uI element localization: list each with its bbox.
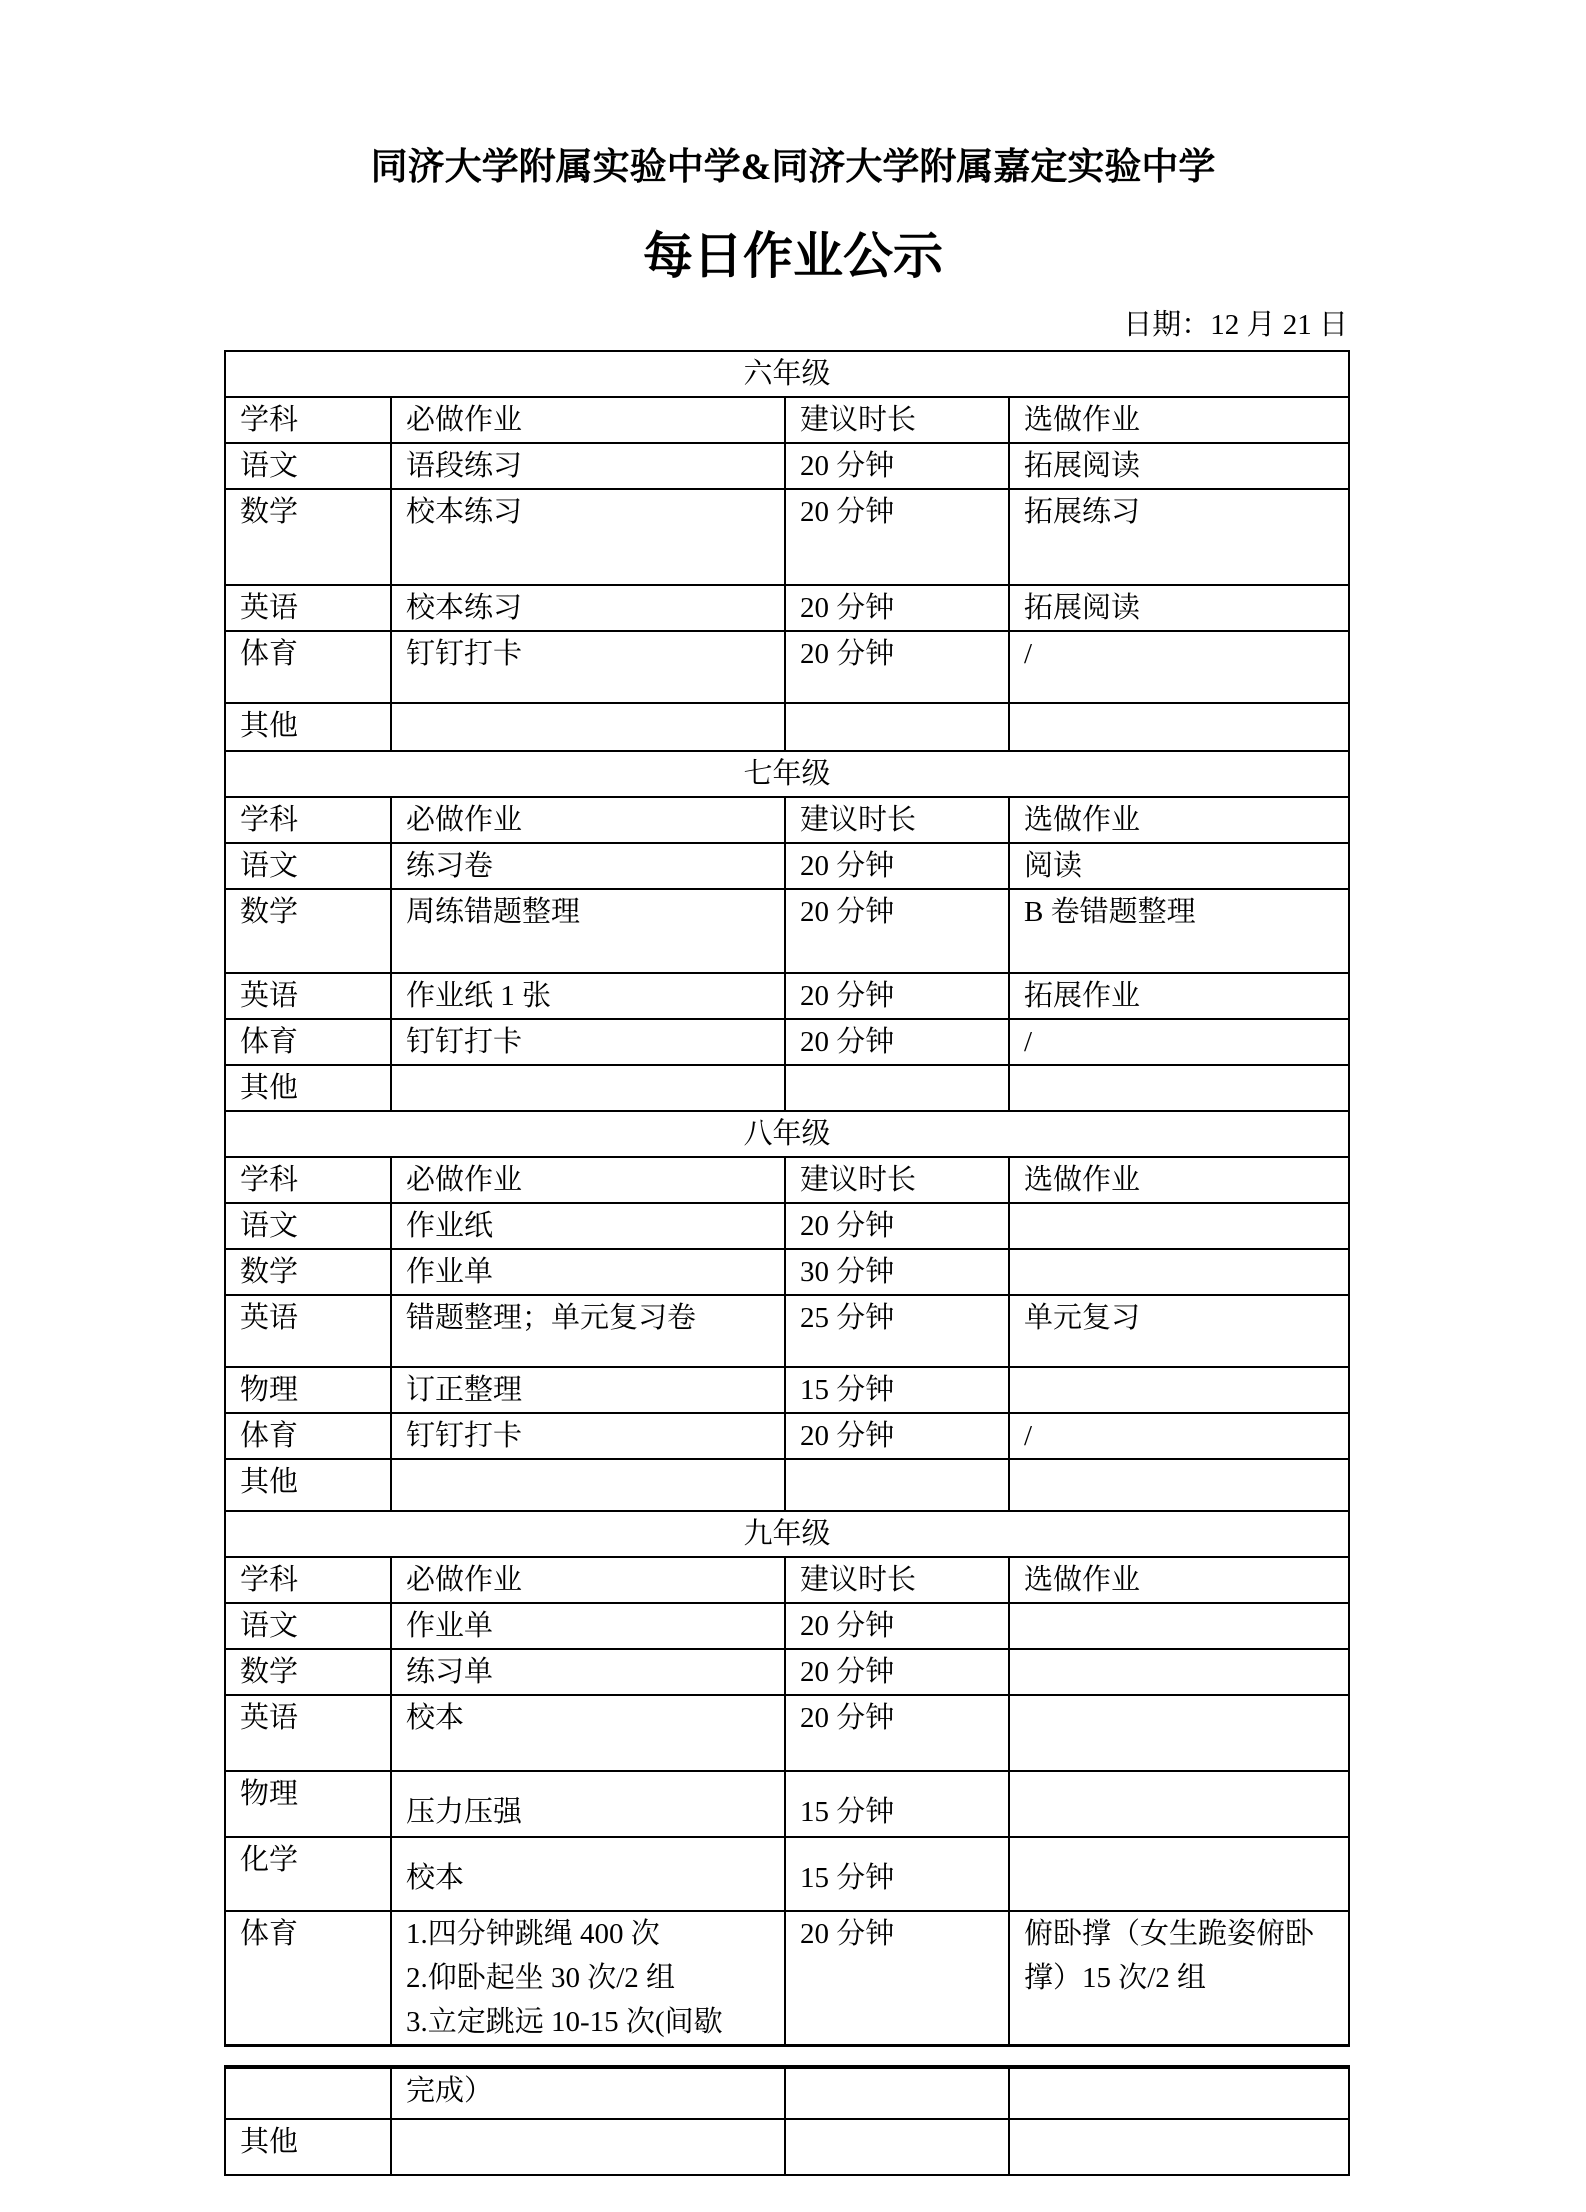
- required-cell: 钉钉打卡: [391, 1413, 785, 1459]
- optional-cell: 阅读: [1009, 843, 1349, 889]
- column-header-row: 学科 必做作业 建议时长 选做作业: [225, 797, 1349, 843]
- optional-cell: 拓展阅读: [1009, 443, 1349, 489]
- subject-cell: 数学: [225, 889, 391, 973]
- duration-cell: 20 分钟: [785, 443, 1009, 489]
- table-row: 英语 校本 20 分钟: [225, 1695, 1349, 1771]
- column-header: 必做作业: [391, 1557, 785, 1603]
- optional-cell: [1009, 2067, 1349, 2119]
- required-cell: 校本: [391, 1695, 785, 1771]
- grade-title: 七年级: [225, 751, 1349, 797]
- optional-cell: /: [1009, 631, 1349, 703]
- required-cell: 错题整理；单元复习卷: [391, 1295, 785, 1367]
- required-cell: 订正整理: [391, 1367, 785, 1413]
- duration-cell: 20 分钟: [785, 1911, 1009, 2046]
- table-row: 英语 错题整理；单元复习卷 25 分钟 单元复习: [225, 1295, 1349, 1367]
- column-header: 必做作业: [391, 797, 785, 843]
- subject-cell: 语文: [225, 443, 391, 489]
- duration-cell: 20 分钟: [785, 1413, 1009, 1459]
- optional-cell: [1009, 1649, 1349, 1695]
- column-header: 学科: [225, 1157, 391, 1203]
- optional-cell: [1009, 1367, 1349, 1413]
- subject-cell: 体育: [225, 1413, 391, 1459]
- optional-cell: [1009, 1065, 1349, 1111]
- required-cell: 校本练习: [391, 489, 785, 585]
- grade-title: 九年级: [225, 1511, 1349, 1557]
- required-cell: [391, 1065, 785, 1111]
- subject-cell: 化学: [225, 1837, 391, 1911]
- subject-cell: 英语: [225, 1295, 391, 1367]
- subject-cell: 其他: [225, 1065, 391, 1111]
- required-cell: 作业纸 1 张: [391, 973, 785, 1019]
- subject-cell: 语文: [225, 1203, 391, 1249]
- table-row: 体育 钉钉打卡 20 分钟 /: [225, 1019, 1349, 1065]
- subject-cell: 数学: [225, 489, 391, 585]
- subject-cell: 语文: [225, 843, 391, 889]
- subject-cell: 体育: [225, 1911, 391, 2046]
- duration-cell: [785, 1459, 1009, 1511]
- table-row: 体育 钉钉打卡 20 分钟 /: [225, 1413, 1349, 1459]
- homework-table: 六年级 学科 必做作业 建议时长 选做作业 语文 语段练习 20 分钟 拓展阅读…: [224, 350, 1350, 2047]
- column-header: 选做作业: [1009, 1157, 1349, 1203]
- optional-cell: [1009, 1695, 1349, 1771]
- optional-cell: [1009, 1459, 1349, 1511]
- required-cell: 钉钉打卡: [391, 631, 785, 703]
- duration-cell: 20 分钟: [785, 489, 1009, 585]
- table-row: 语文 语段练习 20 分钟 拓展阅读: [225, 443, 1349, 489]
- table-row: 语文 作业单 20 分钟: [225, 1603, 1349, 1649]
- document-page: 同济大学附属实验中学&同济大学附属嘉定实验中学 每日作业公示 日期：12 月 2…: [0, 0, 1586, 2212]
- duration-cell: 20 分钟: [785, 1649, 1009, 1695]
- column-header: 选做作业: [1009, 397, 1349, 443]
- required-cell: [391, 703, 785, 751]
- subject-cell: 体育: [225, 1019, 391, 1065]
- grade-header-row: 七年级: [225, 751, 1349, 797]
- column-header: 必做作业: [391, 1157, 785, 1203]
- subject-cell: 英语: [225, 585, 391, 631]
- duration-cell: 20 分钟: [785, 1695, 1009, 1771]
- date-label: 日期：12 月 21 日: [0, 308, 1348, 343]
- optional-cell: [1009, 1603, 1349, 1649]
- table-row: 体育 钉钉打卡 20 分钟 /: [225, 631, 1349, 703]
- optional-cell: 拓展练习: [1009, 489, 1349, 585]
- duration-cell: 30 分钟: [785, 1249, 1009, 1295]
- optional-cell: [1009, 1771, 1349, 1837]
- required-cell: 练习单: [391, 1649, 785, 1695]
- table-row: 完成）: [225, 2067, 1349, 2119]
- required-cell: 练习卷: [391, 843, 785, 889]
- table-row: 其他: [225, 1459, 1349, 1511]
- required-cell: 校本练习: [391, 585, 785, 631]
- optional-cell: B 卷错题整理: [1009, 889, 1349, 973]
- column-header: 建议时长: [785, 1157, 1009, 1203]
- grade-header-row: 六年级: [225, 351, 1349, 397]
- optional-cell: /: [1009, 1413, 1349, 1459]
- subject-cell: 数学: [225, 1649, 391, 1695]
- subject-cell: 英语: [225, 973, 391, 1019]
- column-header-row: 学科 必做作业 建议时长 选做作业: [225, 397, 1349, 443]
- required-cell: 钉钉打卡: [391, 1019, 785, 1065]
- required-cell: 作业单: [391, 1603, 785, 1649]
- subject-cell: 物理: [225, 1771, 391, 1837]
- duration-cell: 20 分钟: [785, 973, 1009, 1019]
- table-row: 数学 作业单 30 分钟: [225, 1249, 1349, 1295]
- grade-header-row: 九年级: [225, 1511, 1349, 1557]
- duration-cell: 20 分钟: [785, 585, 1009, 631]
- column-header: 学科: [225, 1557, 391, 1603]
- column-header-row: 学科 必做作业 建议时长 选做作业: [225, 1557, 1349, 1603]
- grade-title: 六年级: [225, 351, 1349, 397]
- subject-cell: 其他: [225, 1459, 391, 1511]
- column-header: 建议时长: [785, 397, 1009, 443]
- subject-cell: 其他: [225, 703, 391, 751]
- table-row: 英语 校本练习 20 分钟 拓展阅读: [225, 585, 1349, 631]
- duration-cell: 25 分钟: [785, 1295, 1009, 1367]
- column-header: 建议时长: [785, 797, 1009, 843]
- subject-cell: 物理: [225, 1367, 391, 1413]
- optional-cell: 拓展阅读: [1009, 585, 1349, 631]
- required-cell: 语段练习: [391, 443, 785, 489]
- column-header: 建议时长: [785, 1557, 1009, 1603]
- school-title: 同济大学附属实验中学&同济大学附属嘉定实验中学: [0, 0, 1586, 189]
- table-row: 语文 作业纸 20 分钟: [225, 1203, 1349, 1249]
- required-cell: 压力压强: [391, 1771, 785, 1837]
- required-cell: 1.四分钟跳绳 400 次 2.仰卧起坐 30 次/2 组 3.立定跳远 10-…: [391, 1911, 785, 2046]
- duration-cell: [785, 2067, 1009, 2119]
- optional-cell: [1009, 1837, 1349, 1911]
- table-row: 其他: [225, 1065, 1349, 1111]
- table-row: 体育 1.四分钟跳绳 400 次 2.仰卧起坐 30 次/2 组 3.立定跳远 …: [225, 1911, 1349, 2046]
- required-cell: [391, 2119, 785, 2175]
- page-title: 每日作业公示: [0, 229, 1586, 284]
- subject-cell: 其他: [225, 2119, 391, 2175]
- duration-cell: [785, 703, 1009, 751]
- column-header: 学科: [225, 397, 391, 443]
- subject-cell: 英语: [225, 1695, 391, 1771]
- table-row: 化学 校本 15 分钟: [225, 1837, 1349, 1911]
- table-row: 物理 压力压强 15 分钟: [225, 1771, 1349, 1837]
- duration-cell: 15 分钟: [785, 1367, 1009, 1413]
- table-row: 语文 练习卷 20 分钟 阅读: [225, 843, 1349, 889]
- table-row: 其他: [225, 703, 1349, 751]
- table-row: 数学 练习单 20 分钟: [225, 1649, 1349, 1695]
- duration-cell: 20 分钟: [785, 889, 1009, 973]
- required-cell: 校本: [391, 1837, 785, 1911]
- column-header: 必做作业: [391, 397, 785, 443]
- column-header-row: 学科 必做作业 建议时长 选做作业: [225, 1157, 1349, 1203]
- optional-cell: 俯卧撑（女生跪姿俯卧撑）15 次/2 组: [1009, 1911, 1349, 2046]
- optional-cell: 拓展作业: [1009, 973, 1349, 1019]
- duration-cell: 20 分钟: [785, 631, 1009, 703]
- duration-cell: 15 分钟: [785, 1771, 1009, 1837]
- table-row: 数学 校本练习 20 分钟 拓展练习: [225, 489, 1349, 585]
- optional-cell: [1009, 703, 1349, 751]
- optional-cell: [1009, 1203, 1349, 1249]
- required-cell: [391, 1459, 785, 1511]
- duration-cell: 20 分钟: [785, 1203, 1009, 1249]
- required-cell: 周练错题整理: [391, 889, 785, 973]
- table-row: 英语 作业纸 1 张 20 分钟 拓展作业: [225, 973, 1349, 1019]
- optional-cell: [1009, 2119, 1349, 2175]
- subject-cell: 数学: [225, 1249, 391, 1295]
- required-cell: 作业纸: [391, 1203, 785, 1249]
- duration-cell: [785, 2119, 1009, 2175]
- subject-cell: 语文: [225, 1603, 391, 1649]
- optional-cell: [1009, 1249, 1349, 1295]
- duration-cell: [785, 1065, 1009, 1111]
- required-cell: 作业单: [391, 1249, 785, 1295]
- required-cell: 完成）: [391, 2067, 785, 2119]
- duration-cell: 20 分钟: [785, 1019, 1009, 1065]
- grade-header-row: 八年级: [225, 1111, 1349, 1157]
- duration-cell: 20 分钟: [785, 1603, 1009, 1649]
- optional-cell: 单元复习: [1009, 1295, 1349, 1367]
- table-row: 数学 周练错题整理 20 分钟 B 卷错题整理: [225, 889, 1349, 973]
- optional-cell: /: [1009, 1019, 1349, 1065]
- duration-cell: 20 分钟: [785, 843, 1009, 889]
- subject-cell: [225, 2067, 391, 2119]
- column-header: 选做作业: [1009, 1557, 1349, 1603]
- duration-cell: 15 分钟: [785, 1837, 1009, 1911]
- column-header: 选做作业: [1009, 797, 1349, 843]
- table-row: 其他: [225, 2119, 1349, 2175]
- column-header: 学科: [225, 797, 391, 843]
- homework-table-continued: 完成） 其他: [224, 2065, 1350, 2176]
- grade-title: 八年级: [225, 1111, 1349, 1157]
- table-row: 物理 订正整理 15 分钟: [225, 1367, 1349, 1413]
- subject-cell: 体育: [225, 631, 391, 703]
